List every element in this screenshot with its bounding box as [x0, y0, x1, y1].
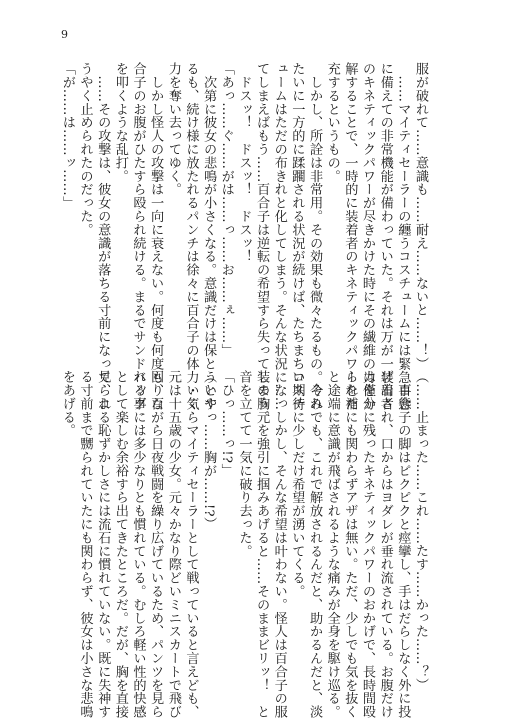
- text-line: に備えての非常機能が備わっていた。それは万が一装着者: [376, 62, 394, 342]
- text-line: うやく止められたのだった。: [76, 62, 94, 342]
- text-line: （いやっ……胸が……!?）: [199, 370, 217, 650]
- text-line: 充するというもの。: [323, 62, 341, 342]
- text-block-top: 服が破れて……意識も……耐え……ないと……！） ……マイティセーラーの纏うコスチ…: [57, 62, 429, 342]
- text-line: い期待に少しだけ希望が湧いてくる。: [288, 370, 306, 650]
- text-line: てしまえばもう……百合子は逆転の希望すら失ってしまう。: [252, 62, 270, 342]
- text-line: 元は十五歳の少女。元々かなり際どいミニスカートで飛び: [164, 370, 182, 650]
- text-line: 合子のお腹がひたすら殴られ続ける。まるでサンドバッグ: [129, 62, 147, 342]
- text-line: れる事には多少なりとも慣れている。むしろ軽い性的快感: [129, 370, 147, 650]
- text-line: 「ひっ……っ!?」: [217, 370, 235, 650]
- text-line: 回りながら日夜戦闘を繰り広げているため、パンツを見ら: [147, 370, 165, 650]
- text-line: げ出され、口からはヨダレが垂れ流されている。お腹だけ: [376, 370, 394, 650]
- text-line: しかし怪人の攻撃は一向に衰えない。何度も何度も、百: [147, 62, 165, 342]
- text-line: いくらマイティセーラーとして戦っていると言えども、: [182, 370, 200, 650]
- text-line: たいに一方的に蹂躙される状況が続けば、たちまちコスチ: [288, 62, 306, 342]
- text-line: ……その攻撃は、彼女の意識が落ちる寸前になって、よ: [94, 62, 112, 342]
- text-line: ドスッ！ ドスッ！ ドスッ！: [235, 62, 253, 342]
- text-line: は僅かに残ったキネティックパワーのおかげで、長時間殴: [358, 370, 376, 650]
- text-line: 「が……は……ッ……」: [58, 62, 76, 342]
- text-line: 次第に彼女の悲鳴が小さくなる。意識だけは保とうとす: [199, 62, 217, 342]
- text-line: 装の胸元を強引に掴みあげると……そのままビリッ！ と: [252, 370, 270, 650]
- text-line: る寸前まで嬲られていたにも関わらず、彼女は小さな悲鳴: [76, 370, 94, 650]
- text-line: を叩くような乱打。: [111, 62, 129, 342]
- text-line: として楽しむ余裕すら出てきたところだ。だが、胸を直接: [111, 370, 129, 650]
- text-block-bottom: （……止まった……これ……たす……かった……？） 百合子の脚はピクピクと痙攣し、…: [57, 370, 429, 650]
- text-line: のキネティックパワーが尽きかけた時にその繊維の力を分: [358, 62, 376, 342]
- text-line: 百合子の脚はピクピクと痙攣し、手はだらしなく外に投: [394, 370, 412, 650]
- text-line: それでも、これで解放されるんだと、助かるんだと、淡: [305, 370, 323, 650]
- text-line: 見られる恥ずかしさには流石に慣れていない。既に失神す: [94, 370, 112, 650]
- text-line: をあげる。: [58, 370, 76, 650]
- text-line: と途端に意識が飛ばされるような痛みが全身を駆け巡る。: [323, 370, 341, 650]
- text-line: 解することで、一時的に装着者のキネティックパワーを補: [341, 62, 359, 342]
- text-line: ュームはただの布きれと化してしまう。そんな状況になっ: [270, 62, 288, 342]
- text-line: しかし、所詮は非常用。その効果も微々たるもの。今み: [305, 62, 323, 342]
- text-line: ……しかし、そんな希望は叶わない。怪人は百合子の服: [270, 370, 288, 650]
- text-line: るも、続け様に放たれるパンチは徐々に百合子の体力・気: [182, 62, 200, 342]
- text-line: （……止まった……これ……たす……かった……？）: [411, 370, 429, 650]
- text-line: 音を立てて一気に破り去った。: [235, 370, 253, 650]
- text-line: 力を奪い去ってゆく。: [164, 62, 182, 342]
- text-line: ……マイティセーラーの纏うコスチュームには緊急事態: [394, 62, 412, 342]
- page-number: 9: [61, 28, 68, 41]
- text-line: 「あっ……ぐ……がは……っ……お……ぇ……」: [217, 62, 235, 342]
- text-line: られたにも関わらずアザは無い。ただ、少しでも気を抜く: [341, 370, 359, 650]
- text-line: 服が破れて……意識も……耐え……ないと……！）: [411, 62, 429, 342]
